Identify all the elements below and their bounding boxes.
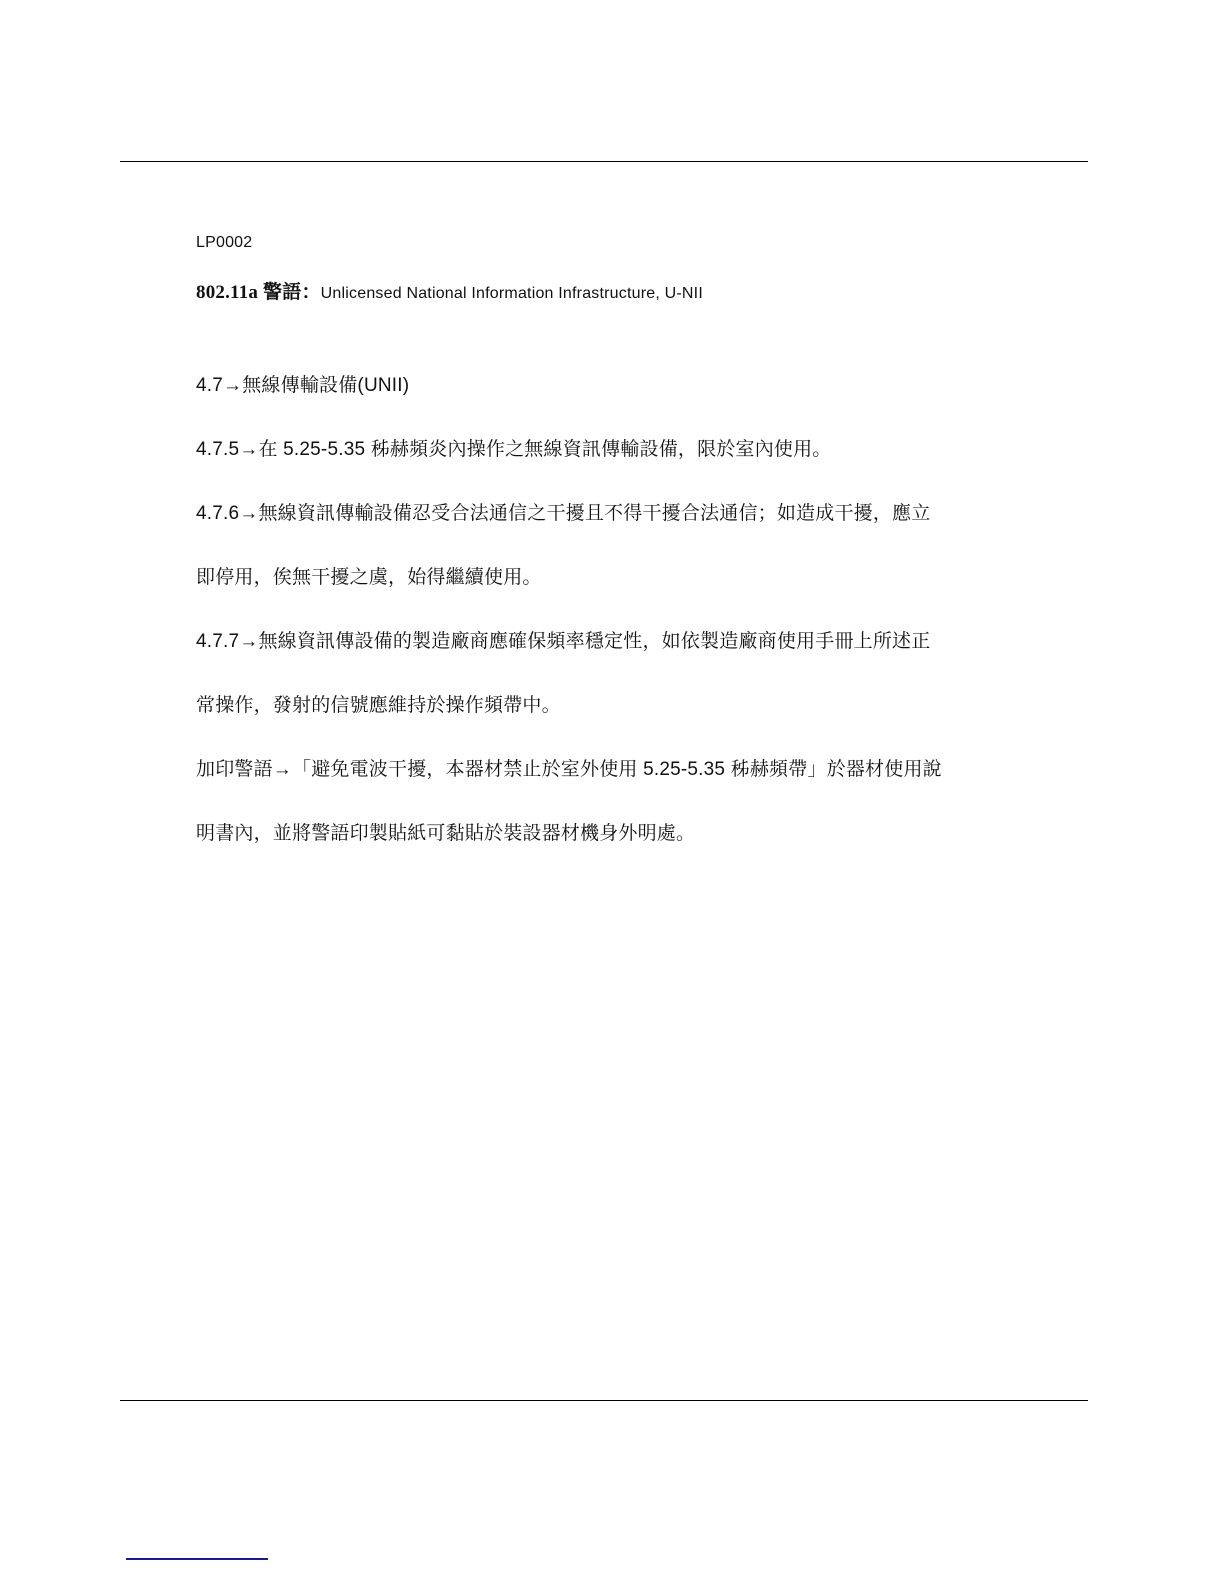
warning-heading-subtitle: Unlicensed National Information Infrastr… xyxy=(321,285,703,302)
header-divider xyxy=(120,161,1088,162)
clause-4-7-6-line-1: 4.7.6→無線資訊傳輸設備忍受合法通信之干擾且不得干擾合法通信；如造成干擾，應… xyxy=(196,502,930,526)
document-id: LP0002 xyxy=(196,231,252,255)
printed-warning-line-2: 明書內，並將警語印製貼紙可黏貼於裝設器材機身外明處。 xyxy=(196,822,695,846)
warning-heading: 802.11a 警語：Unlicensed National Informati… xyxy=(196,281,703,306)
clause-4-7-7-line-2: 常操作，發射的信號應維持於操作頻帶中。 xyxy=(196,694,561,718)
printed-warning-line-1: 加印警語→「避免電波干擾，本器材禁止於室外使用 5.25-5.35 秭赫頻帶」於… xyxy=(196,758,942,782)
warning-heading-title: 802.11a 警語： xyxy=(196,282,321,303)
clause-4-7-7-line-1: 4.7.7→無線資訊傳設備的製造廠商應確保頻率穩定性，如依製造廠商使用手冊上所述… xyxy=(196,630,930,654)
clause-4-7-6-line-2: 即停用，俟無干擾之虞，始得繼續使用。 xyxy=(196,566,542,590)
footer-divider xyxy=(120,1400,1088,1401)
clause-4-7-5: 4.7.5→在 5.25-5.35 秭赫頻炎內操作之無線資訊傳輸設備，限於室內使… xyxy=(196,438,832,462)
footer-link-underline[interactable] xyxy=(126,1558,268,1560)
section-title-4-7: 4.7→無線傳輸設備(UNII) xyxy=(196,374,409,398)
